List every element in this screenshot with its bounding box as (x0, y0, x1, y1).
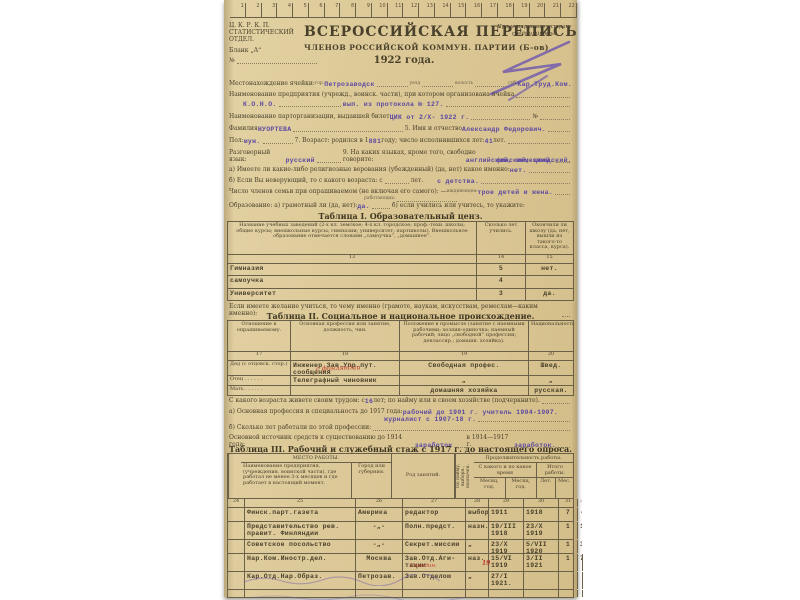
city: -„- (356, 540, 403, 553)
table-row: Дед (с отцовск. стор.) Инженер Зав.Упр.п… (228, 361, 573, 376)
total-years: 1 (559, 522, 578, 539)
line-enterprise-value: К.О.Н.О. вып. из протокола № 127. (229, 101, 572, 107)
profession-years-label: б) Сколько лет работали по этой професси… (229, 424, 371, 431)
col-number-27: 27 (403, 499, 466, 507)
date-to: 5/VII 1920 (524, 540, 559, 553)
place-of-work-group: МЕСТО РАБОТЫ. Наименование предприятия, … (241, 454, 392, 498)
date-to (524, 572, 559, 589)
finished: да. (526, 289, 573, 300)
col-number-20: 20 (529, 352, 573, 360)
school-name: Гимназия (228, 264, 477, 275)
ruler-number: 2 (246, 3, 262, 17)
ruler-strip: 12345678910111213141516171819202122 (230, 3, 577, 18)
finished: нет. (526, 264, 573, 275)
age-value: 41 (485, 138, 493, 145)
dotted-blank (540, 119, 570, 120)
table-row (228, 590, 573, 597)
col-number-18: 18 (291, 352, 400, 360)
finished (526, 276, 573, 287)
dotted-blank (373, 430, 570, 431)
line-atheist: б) Если Вы неверующий, то с какого возра… (229, 177, 572, 184)
age-label3: лет. (493, 137, 506, 144)
table-row: Мать . . . . . . домашняя хозяйка русска… (228, 386, 573, 395)
sex-label: Пол: (229, 137, 244, 144)
appointment-type: „ (466, 540, 489, 553)
position: „ (400, 376, 529, 385)
location-sub-city: гор. (315, 80, 324, 87)
date-to: 3/II 1921 (524, 554, 559, 571)
line-language2: английский, немецкий. (229, 157, 572, 163)
row-index-cell (228, 522, 245, 539)
red-handwritten-correction-note: Скандин. (410, 563, 437, 569)
col-number-30: 30 (524, 499, 559, 507)
table-row: Университет 3 да. (228, 289, 573, 300)
literacy-label: Образование: а) грамотный ли (да, нет): (229, 202, 357, 209)
ruler-number: 20 (530, 3, 546, 17)
enterprise-value: К.О.Н.О. (243, 101, 277, 108)
religion-value: нет. (510, 167, 527, 174)
city: Москва (356, 554, 403, 571)
screenshot-root: { "colors":{"paper":"#dcc997","printed_i… (0, 0, 800, 600)
col-number-14: 14 (477, 255, 526, 263)
title-block: ВСЕРОССИЙСКАЯ ПЕРЕПИСЬ ЧЛЕНОВ РОССИЙСКОЙ… (304, 24, 504, 66)
col-number-28: 28 (466, 499, 489, 507)
table1-number-row: 13 14 15 (228, 255, 573, 264)
table3-work-record: МЕСТО РАБОТЫ. Наименование предприятия, … (227, 453, 574, 598)
dotted-blank (508, 143, 570, 144)
surname-label: Фамилия (229, 125, 258, 132)
dotted-blank (478, 421, 570, 422)
col-number-15: 15 (526, 255, 573, 263)
ruler-number: 22 (561, 3, 577, 17)
atheist-label2: лет. (411, 177, 424, 184)
ruler-number: 8 (340, 3, 356, 17)
table1-title: Таблица I. Образовательный ценз. (224, 211, 577, 221)
table1-col14-header: Сколько лет учились. (477, 222, 526, 254)
city: -„- (356, 522, 403, 539)
dotted-blank (377, 86, 408, 87)
dotted-blank (293, 131, 402, 132)
profession-1917-label: а) Основная профессия и специальность до… (229, 408, 403, 415)
table2-col19-header: Положение в промысле (занятие с наемными… (400, 321, 529, 351)
total-years (559, 572, 578, 589)
col-number-32: 32 (578, 499, 582, 507)
date-from (489, 590, 524, 597)
total-months: 1 (578, 522, 582, 539)
total-years: 1 (559, 540, 578, 553)
row-index-cell (228, 554, 245, 571)
table1-education: Название учебных заведений (2-х кл. земс… (227, 221, 574, 301)
nationality: Швед. (529, 361, 573, 375)
ruler-number: 16 (466, 3, 482, 17)
workplace: Советское посольство (245, 540, 356, 553)
dotted-blank (372, 208, 390, 209)
partorg-number-label: № (532, 113, 538, 120)
ruler-number: 6 (309, 3, 325, 17)
handwritten-overwrite-scribble (242, 574, 442, 586)
red-date-correction: 19 (482, 560, 490, 567)
year-line: 1922 года. (304, 55, 504, 66)
profession: Телеграфный чиновник (291, 376, 400, 385)
position: домашняя хозяйка (400, 386, 529, 395)
dotted-blank (471, 119, 530, 120)
col-number-26: 26 (356, 499, 403, 507)
ruler-number: 1 (230, 3, 246, 17)
appointment-type: „ (466, 572, 489, 589)
table3-col29-header: Месяц, год. (474, 478, 506, 498)
date-from: 27/I 1921. (489, 572, 524, 589)
table-row: Кар.Отд.Нар.Образ. Петрозав. Зав.Отделом… (228, 572, 573, 590)
relation-label: Отец . . . . . . (228, 376, 291, 385)
ruler-number: 15 (451, 3, 467, 17)
years-studied: 3 (477, 289, 526, 300)
education-label2: б) если учились или учитесь, то укажите: (392, 202, 525, 209)
faded-handwriting-scribble (248, 592, 468, 600)
line-location: Местонахождение ячейки: гор. Петрозаводс… (229, 80, 572, 87)
total-months (578, 572, 583, 589)
years-studied: 4 (477, 276, 526, 287)
col-number-19: 19 (400, 352, 529, 360)
city: Америка (356, 508, 403, 521)
table3-col26-header: Город или губерния. (352, 463, 391, 498)
location-label: Местонахождение ячейки: (229, 80, 315, 87)
table3-col30-header: Месяц, год. (506, 478, 537, 498)
appointment-type (466, 590, 489, 597)
total-months: 7 (578, 554, 583, 571)
occupation: Секрет.миссии (403, 540, 466, 553)
line-profession-1917b: журналист с 1907-18 г. (384, 416, 572, 422)
ruler-number: 13 (419, 3, 435, 17)
appointment-type: выбор. (466, 508, 489, 521)
work-age-value: 16 (365, 398, 373, 405)
date-from: 15/VI 1919 (489, 554, 524, 571)
table2-col20-header: Национальность. (529, 321, 573, 351)
nationality: „ (529, 376, 573, 385)
line-family: Число членов семьи при опрашиваемом (не … (229, 188, 572, 195)
ruler-number: 10 (372, 3, 388, 17)
ruler-number: 14 (435, 3, 451, 17)
total-years: 7 (559, 508, 578, 521)
location-sub-gub: губ. (508, 80, 517, 87)
table-row: Представительство рев. правит. Финляндии… (228, 522, 573, 540)
ruler-number: 11 (388, 3, 404, 17)
partorg-value: ЦИК от 2/Х- 1922 г. (390, 114, 470, 121)
line-profession-years: б) Сколько лет работали по этой професси… (229, 424, 572, 431)
family-label: Число членов семьи при опрашиваемом (не … (229, 188, 447, 195)
col-number-25: 25 (245, 499, 356, 507)
table-row: Гимназия 5 нет. (228, 264, 573, 276)
table3-col24-header (228, 454, 241, 498)
sex-value: муж. (244, 138, 261, 145)
table-row: Финск.парт.газета Америка редактор выбор… (228, 508, 573, 522)
dotted-blank (556, 162, 570, 163)
enterprise-label: Наименование предприятия (учрежд., воинс… (229, 91, 514, 98)
line-religion: а) Имеете ли какие-либо религиозные веро… (229, 166, 572, 173)
position: Свободная профес. (400, 361, 529, 375)
ruler-number: 18 (498, 3, 514, 17)
place-of-work-group-label: МЕСТО РАБОТЫ. (241, 454, 391, 463)
date-to: 23/Х 1919 (524, 522, 559, 539)
line-name: Фамилия НУОРТЕВА 5. Имя и отчество Алекс… (229, 125, 572, 132)
age-label: 7. Возраст: родился в 1 (295, 137, 369, 144)
census-form-scan: 12345678910111213141516171819202122 Ц. К… (224, 0, 577, 597)
location-value-gub: Кар.Труд.Ком. (517, 81, 572, 88)
total-months: - (578, 508, 582, 521)
date-to (524, 590, 559, 597)
red-handwritten-note: с финляндии (316, 363, 361, 373)
ruler-number: 17 (482, 3, 498, 17)
total-years (559, 590, 578, 597)
dotted-blank (279, 106, 341, 107)
table-row: Нар.Ком.Иностр.дел. Москва Зав.Отд.Аги- … (228, 554, 573, 572)
col-number-24: 24 (228, 499, 245, 507)
ruler-number: 19 (514, 3, 530, 17)
total-group: Итого работы. Лет. Мес. (537, 463, 573, 498)
col-number-29: 29 (489, 499, 524, 507)
firstname-value: Александр Федорович. (462, 126, 546, 133)
col-number-13: 13 (228, 255, 477, 263)
ruler-number: 5 (293, 3, 309, 17)
date-from: 1911 (489, 508, 524, 521)
duration-group-label: Продолжительность работы. (474, 454, 573, 463)
row-index-cell (228, 508, 245, 521)
table3-col25-header: Наименование предприятия, (учреждения, в… (241, 463, 352, 498)
table2-col17-header: Отношение к опрашиваемому. (228, 321, 291, 351)
duration-group: Продолжительность работы. С какого и по … (474, 454, 573, 498)
work-age-label2: лет; по найму или в своем хозяйстве (под… (373, 397, 540, 404)
dotted-blank (516, 97, 570, 98)
line-work-age: С какого возраста живете своим трудом: с… (229, 397, 572, 404)
other-languages-value2: английский, немецкий. (466, 157, 554, 164)
workplace: Финск.парт.газета (245, 508, 356, 521)
dotted-blank (385, 183, 409, 184)
table3-number-row: 24 25 26 27 28 29 30 31 32 (228, 499, 573, 508)
occupation: Полн.предст. (403, 522, 466, 539)
location-sub-uezd: уезд (410, 80, 421, 87)
from-to-group: С какого и по какое время Месяц, год. Ме… (474, 463, 537, 498)
profession-1917-value2: журналист с 1907-18 г. (384, 416, 476, 423)
profession-1917-value1: рабочий до 1901 г. учитель 1904-1907. (403, 409, 558, 416)
table-row: самоучка 4 (228, 276, 573, 288)
workplace: Нар.Ком.Иностр.дел. (245, 554, 356, 571)
table1-col15-header: Окончили ли школу (да, нет, вышли из так… (526, 222, 573, 254)
date-from: 19/III 1918 (489, 522, 524, 539)
dotted-blank (263, 143, 293, 144)
literacy-value: да. (357, 203, 370, 210)
family-sub-dependents: иждивенцев: (447, 188, 478, 195)
col-number-17: 17 (228, 352, 291, 360)
firstname-label: 5. Имя и отчество (405, 125, 462, 132)
motto-line1: Пролетарии всех стран, (495, 24, 573, 31)
table2-origin: Отношение к опрашиваемому. Основная проф… (227, 320, 574, 396)
total-months: 3 (578, 540, 582, 553)
table3-col28-header: По найму, выборн., назначен. (455, 454, 474, 498)
col-number-31: 31 (559, 499, 578, 507)
ruler-number: 9 (356, 3, 372, 17)
dotted-blank (475, 86, 506, 87)
location-value: Петрозаводск (324, 81, 374, 88)
family-sub-working: работающих: (364, 195, 395, 202)
work-age-label: С какого возраста живете своим трудом: с (229, 397, 365, 404)
dotted-blank (481, 183, 570, 184)
table3-col32-header: Мес. (556, 478, 574, 498)
table2-number-row: 17 18 19 20 (228, 352, 573, 361)
profession (291, 386, 400, 395)
age-label2: году; число исполнившихся лет: (381, 137, 484, 144)
relation-label: Дед (с отцовск. стор.) (228, 361, 291, 375)
line-education: Образование: а) грамотный ли (да, нет): … (229, 202, 572, 209)
page-subtitle: ЧЛЕНОВ РОССИЙСКОЙ КОММУН. ПАРТИИ (Б-ов) (304, 43, 504, 52)
occupation: редактор (403, 508, 466, 521)
page-title: ВСЕРОССИЙСКАЯ ПЕРЕПИСЬ (304, 24, 504, 40)
date-to: 1918 (524, 508, 559, 521)
location-sub-volost: волость (455, 80, 473, 87)
total-years: 1 (559, 554, 578, 571)
ruler-number: 12 (403, 3, 419, 17)
birth-year-value: 881 (369, 138, 382, 145)
table3-col31-header: Лет. (537, 478, 556, 498)
dotted-blank (422, 86, 453, 87)
date-from: 23/Х 1919 (489, 540, 524, 553)
dotted-blank (529, 172, 570, 173)
workplace: Представительство рев. правит. Финляндии (245, 522, 356, 539)
protocol-note: вып. из протокола № 127. (343, 101, 444, 108)
ruler-number: 4 (277, 3, 293, 17)
total-months (578, 590, 583, 597)
appointment-type: назн. (466, 522, 489, 539)
dotted-blank (542, 403, 570, 404)
dotted-blank (446, 106, 570, 107)
table1-header-row: Название учебных заведений (2-х кл. земс… (228, 222, 573, 255)
religion-label: а) Имеете ли какие-либо религиозные веро… (229, 166, 510, 173)
line-family2: работающих: (364, 195, 572, 202)
from-to-label: С какого и по какое время (474, 463, 536, 478)
relation-label: Мать . . . . . . (228, 386, 291, 395)
row-index-cell (228, 590, 245, 597)
nationality: русская. (529, 386, 573, 395)
line-sex-age: Пол: муж. 7. Возраст: родился в 1 881 го… (229, 137, 572, 144)
ruler-number: 21 (545, 3, 561, 17)
table2-col18-header: Основная профессия или занятие, должност… (291, 321, 400, 351)
partorg-label: Наименование парторганизации, выдавшей б… (229, 113, 390, 120)
dotted-blank (548, 131, 570, 132)
form-number-label: № (229, 57, 235, 64)
ruler-number: 7 (325, 3, 341, 17)
row-index-cell (228, 540, 245, 553)
table-row: Советское посольство -„- Секрет.миссии „… (228, 540, 573, 554)
table3-header-row: МЕСТО РАБОТЫ. Наименование предприятия, … (228, 454, 573, 499)
surname-value: НУОРТЕВА (258, 126, 292, 133)
school-name: самоучка (228, 276, 477, 287)
table-row: Отец . . . . . . Телеграфный чиновник „ … (228, 376, 573, 386)
line-enterprise-label: Наименование предприятия (учрежд., воинс… (229, 91, 572, 98)
ruler-number: 3 (262, 3, 278, 17)
atheist-label: б) Если Вы неверующий, то с какого возра… (229, 177, 383, 184)
line-profession-1917: а) Основная профессия и специальность до… (229, 408, 572, 415)
years-studied: 5 (477, 264, 526, 275)
table1-col13-header: Название учебных заведений (2-х кл. земс… (228, 222, 477, 254)
table2-header-row: Отношение к опрашиваемому. Основная проф… (228, 321, 573, 352)
school-name: Университет (228, 289, 477, 300)
total-label: Итого работы. (537, 463, 573, 478)
atheist-value: с детства. (437, 178, 479, 185)
line-partorg: Наименование парторганизации, выдавшей б… (229, 113, 572, 120)
table3-col27-header: Род занятий. (392, 454, 455, 498)
